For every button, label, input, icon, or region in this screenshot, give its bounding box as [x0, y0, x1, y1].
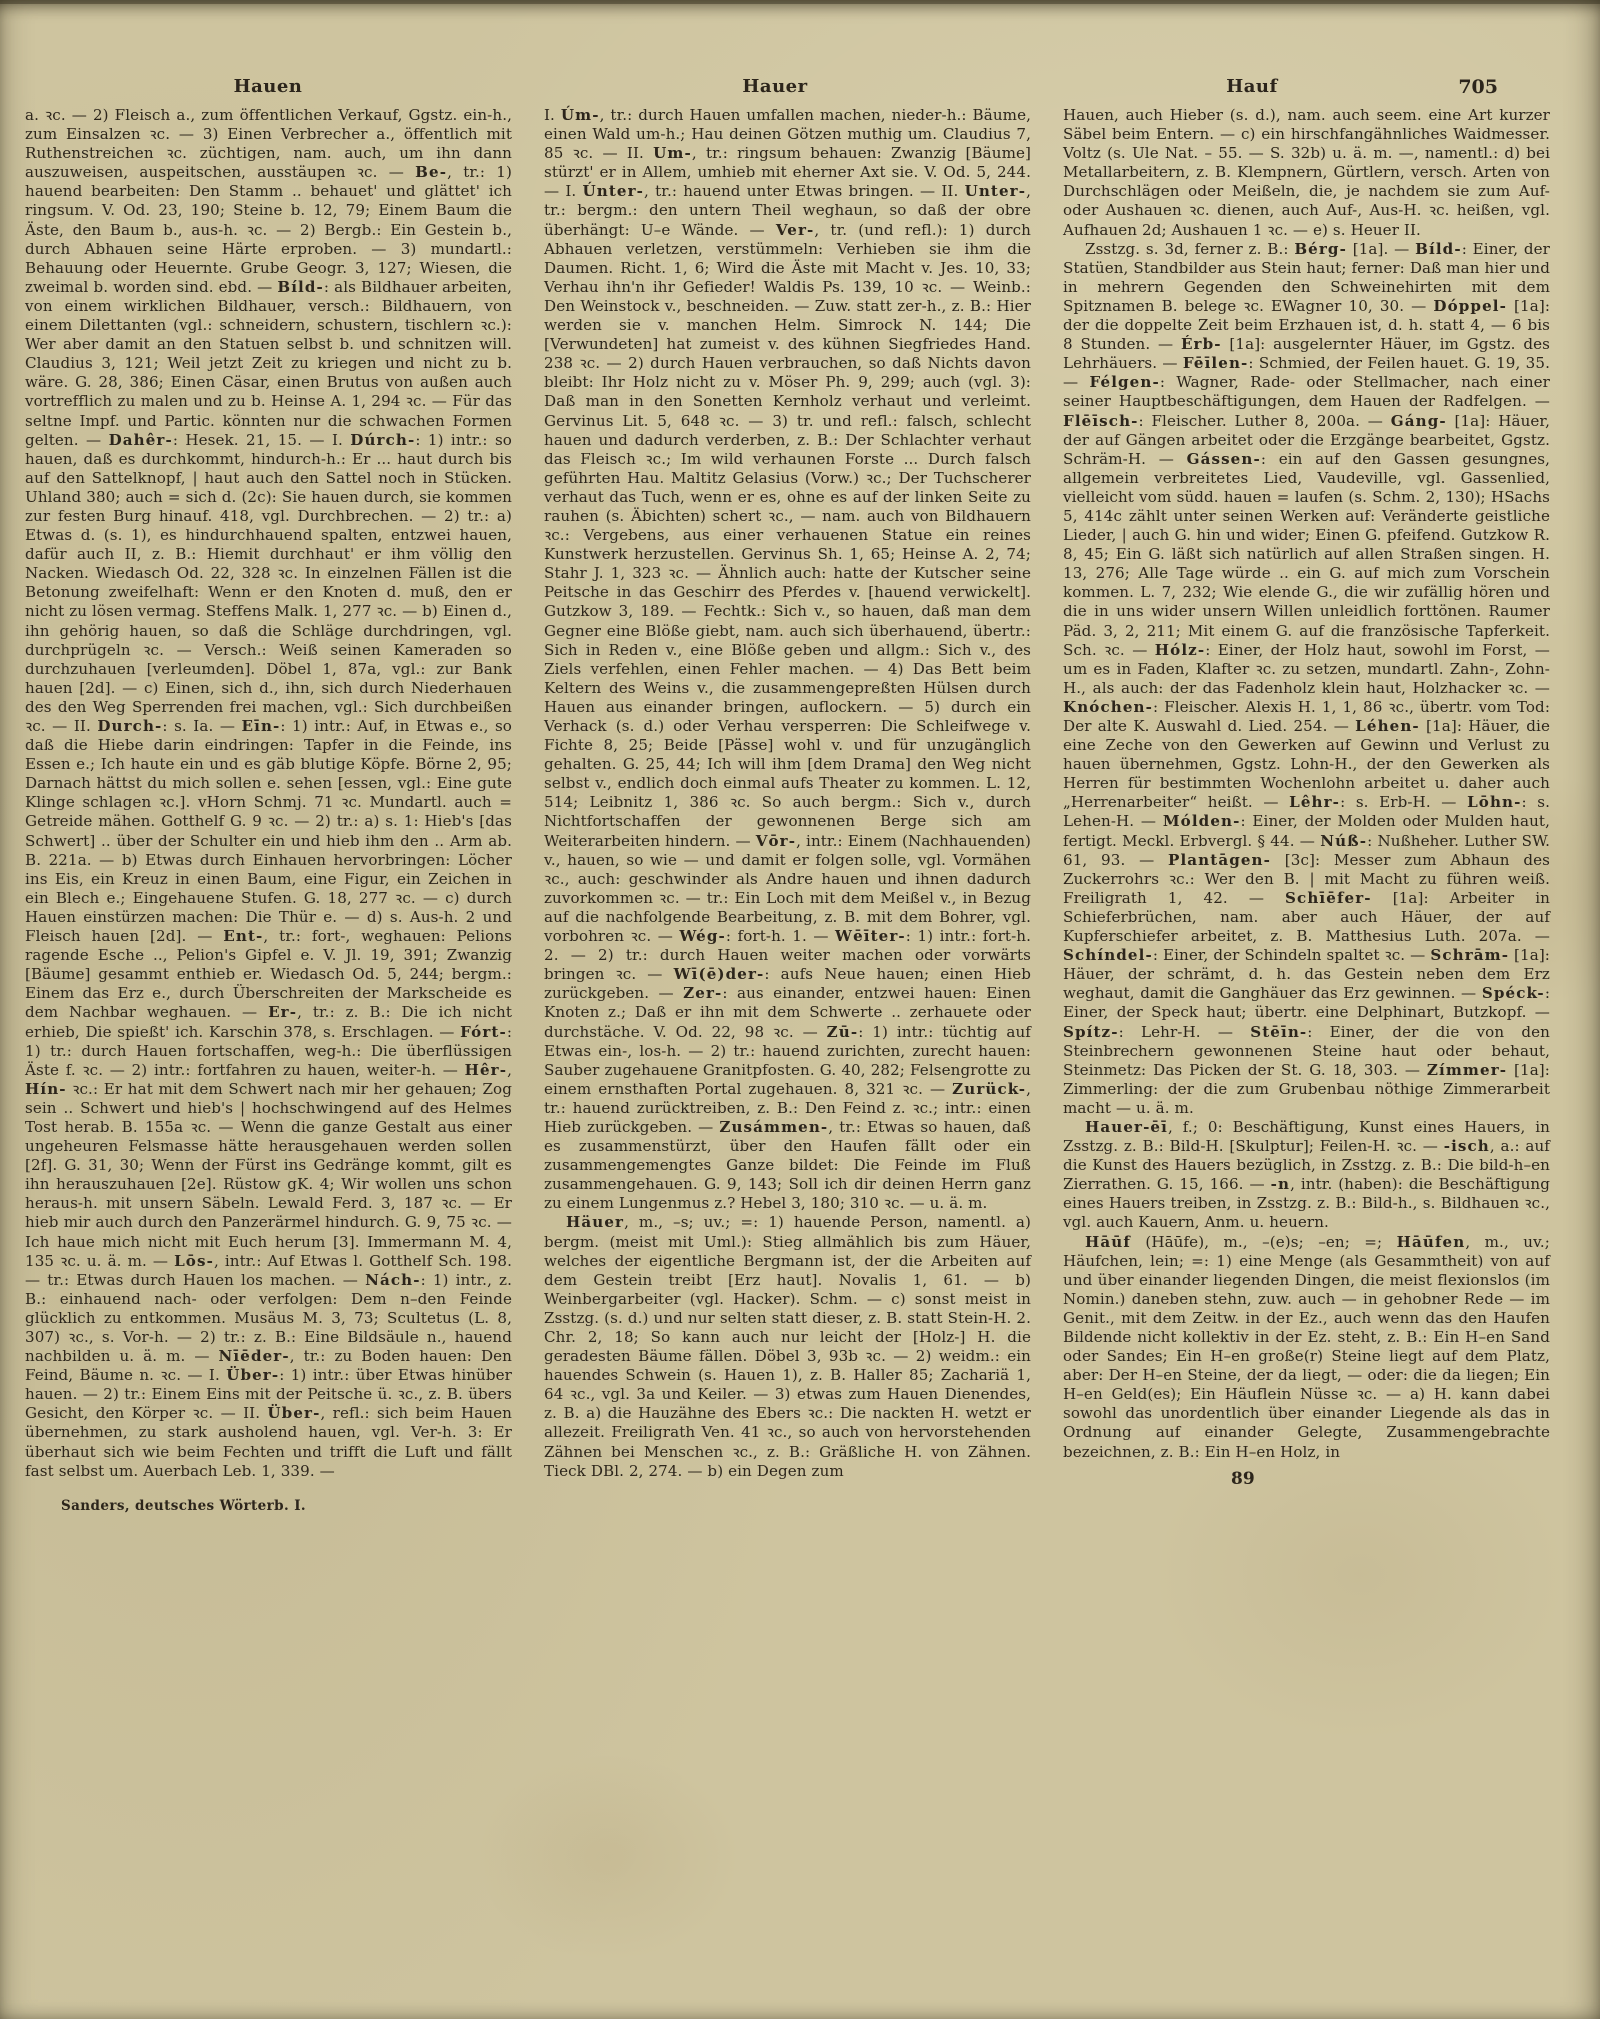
- sheet-signature: 89: [1063, 1470, 1550, 1489]
- entry-hauf: Hāūf (Hāūfe), m., –(e)s; –en; =; Hāūfen,…: [1063, 1233, 1550, 1462]
- entry-haeuer: Häuer, m., –s; uv.; =: 1) hauende Person…: [544, 1213, 1031, 1480]
- column-1-text: a. ꝛc. — 2) Fleisch a., zum öffentlichen…: [25, 106, 512, 1481]
- text-columns: a. ꝛc. — 2) Fleisch a., zum öffentlichen…: [25, 106, 1550, 1516]
- running-head-row: Hauen Hauer Hauf 705: [0, 76, 1600, 106]
- column-3: Hauen, auch Hieber (s. d.), nam. auch se…: [1063, 106, 1550, 1489]
- entry-hauerei: Hauer-ēī, f.; 0: Beschäftigung, Kunst ei…: [1063, 1118, 1550, 1233]
- page-number: 705: [1420, 76, 1498, 98]
- column-1: a. ꝛc. — 2) Fleisch a., zum öffentlichen…: [25, 106, 512, 1516]
- scan-edge: [0, 0, 1600, 4]
- running-head-right: Hauf: [1226, 76, 1278, 97]
- column-2: I. Úm-, tr.: durch Hauen umfallen machen…: [544, 106, 1031, 1481]
- running-head-center: Hauer: [742, 76, 807, 97]
- dictionary-page: Hauen Hauer Hauf 705 a. ꝛc. — 2) Fleisch…: [0, 0, 1600, 2019]
- column-2-text: I. Úm-, tr.: durch Hauen umfallen machen…: [544, 106, 1031, 1213]
- column-3-text: Hauen, auch Hieber (s. d.), nam. auch se…: [1063, 106, 1550, 240]
- entry-zsstzg: Zsstzg. s. 3d, ferner z. B.: Bérg- [1a].…: [1063, 240, 1550, 1118]
- running-head-left: Hauen: [234, 76, 303, 97]
- printer-footer: Sanders, deutsches Wörterb. I.: [25, 1497, 512, 1516]
